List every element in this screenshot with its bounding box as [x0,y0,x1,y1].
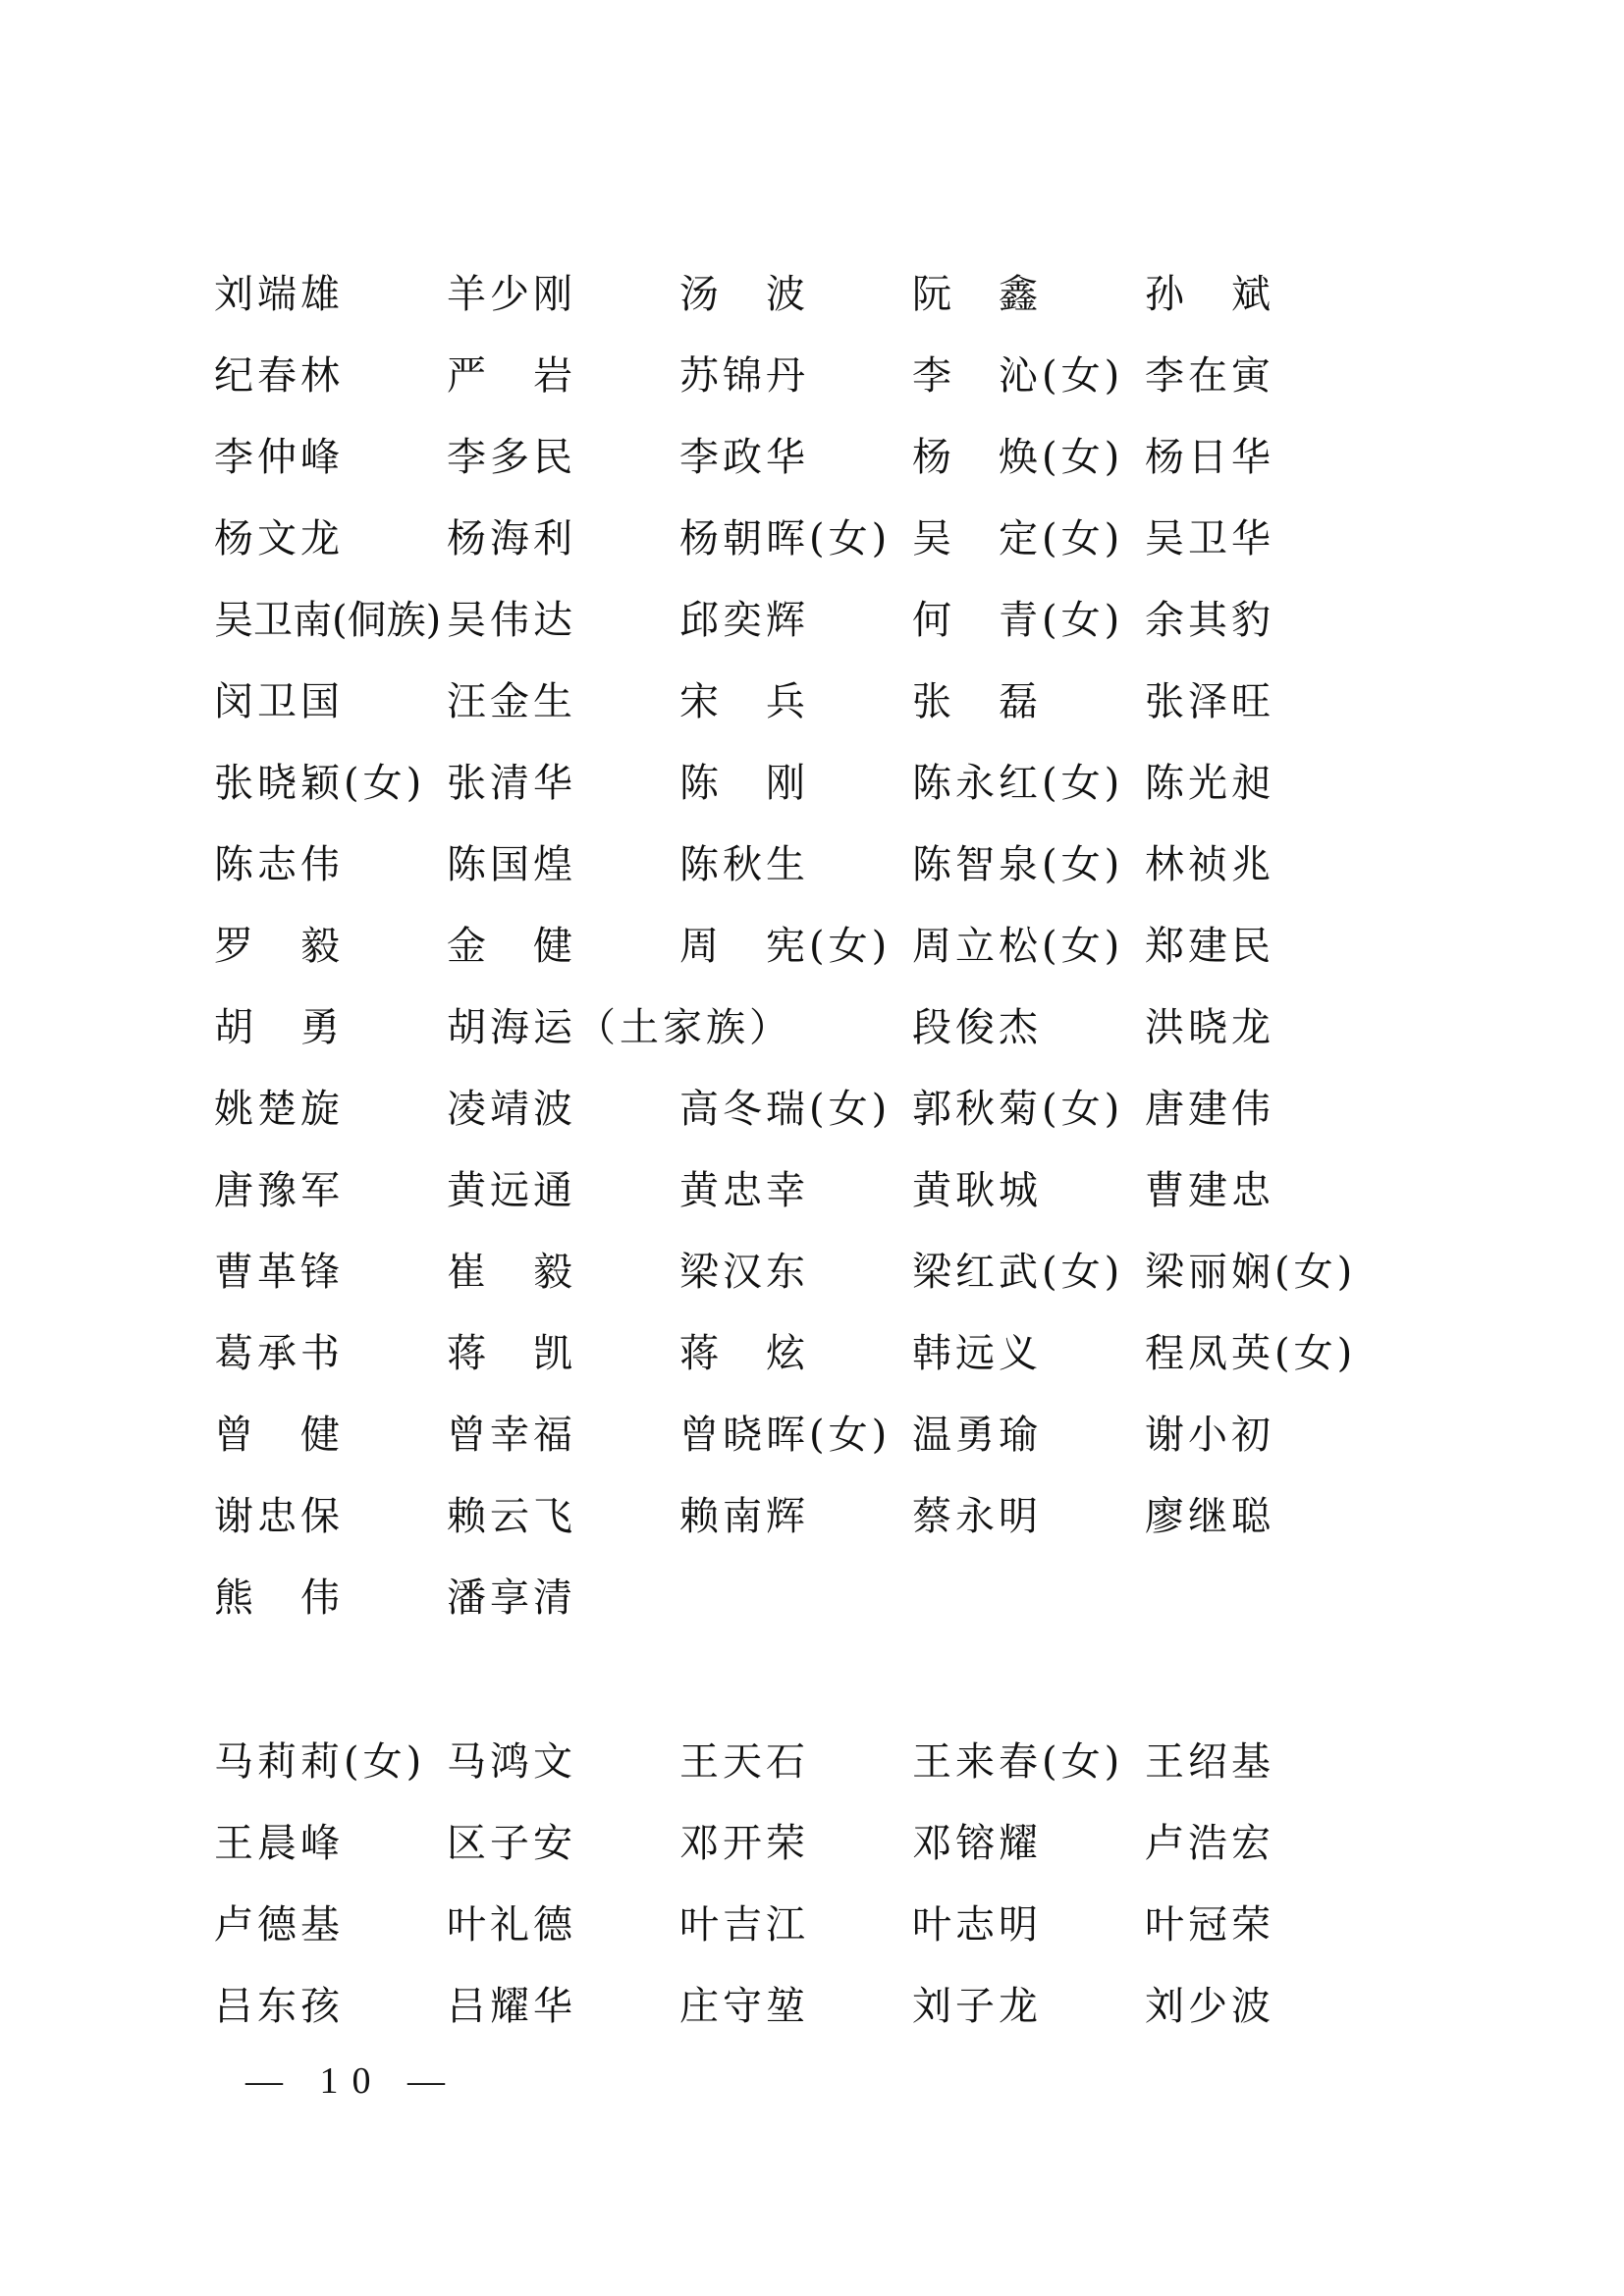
name-row: 吕东孩 吕耀华 庄守堃 刘子龙 刘少波 [214,1977,1490,2036]
name-entry: 熊 伟 [214,1569,344,1628]
name-entry: 马莉莉(女) [214,1733,425,1791]
name-entry: 阮 鑫 [912,265,1042,324]
name-entry: 陈光昶 [1145,754,1274,813]
name-entry: 刘少波 [1145,1977,1274,2036]
name-entry: 汪金生 [447,672,576,731]
name-entry: 卢德基 [214,1896,344,1954]
name-entry: 陈永红(女) [912,754,1123,813]
name-row: 刘端雄 羊少刚 汤 波 阮 鑫 孙 斌 [214,265,1490,324]
name-entry: 胡 勇 [214,998,344,1057]
name-entry: 张 磊 [912,672,1042,731]
name-entry: 杨 焕(女) [912,428,1123,487]
name-entry: 张清华 [447,754,576,813]
name-row: 马莉莉(女) 马鸿文 王天石 王来春(女) 王绍基 [214,1733,1490,1791]
name-entry: 杨海利 [447,509,576,568]
name-entry: 林祯兆 [1145,835,1274,894]
name-entry: 刘端雄 [214,265,344,324]
name-entry: 杨朝晖(女) [679,509,891,568]
name-entry: 纪春林 [214,347,344,405]
name-entry: 蔡永明 [912,1487,1042,1546]
name-entry: 汤 波 [679,265,809,324]
name-row: 谢忠保 赖云飞 赖南辉 蔡永明 廖继聪 [214,1487,1490,1546]
name-entry: 陈志伟 [214,835,344,894]
name-row: 罗 毅 金 健 周 宪(女) 周立松(女) 郑建民 [214,917,1490,976]
name-entry: 李政华 [679,428,809,487]
name-entry: 陈 刚 [679,754,809,813]
name-row: 杨文龙 杨海利 杨朝晖(女) 吴 定(女) 吴卫华 [214,509,1490,568]
name-entry: 郭秋菊(女) [912,1080,1123,1139]
name-entry: 卢浩宏 [1145,1814,1274,1873]
name-row: 熊 伟 潘享清 [214,1569,1490,1628]
name-entry: 孙 斌 [1145,265,1274,324]
name-entry: 陈秋生 [679,835,809,894]
name-row: 胡 勇 胡海运（土家族） 段俊杰 洪晓龙 [214,998,1490,1057]
name-entry: 王天石 [679,1733,809,1791]
name-row: 曾 健 曾幸福 曾晓晖(女) 温勇瑜 谢小初 [214,1406,1490,1465]
name-entry: 王来春(女) [912,1733,1123,1791]
name-entry: 杨文龙 [214,509,344,568]
name-entry: 黄远通 [447,1161,576,1220]
name-entry: 郑建民 [1145,917,1274,976]
name-entry: 凌靖波 [447,1080,576,1139]
name-row: 李仲峰 李多民 李政华 杨 焕(女) 杨日华 [214,428,1490,487]
name-entry: 梁红武(女) [912,1243,1123,1302]
name-entry: 王绍基 [1145,1733,1274,1791]
name-entry: 洪晓龙 [1145,998,1274,1057]
name-row: 曹革锋 崔 毅 梁汉东 梁红武(女) 梁丽娴(女) [214,1243,1490,1302]
name-row: 唐豫军 黄远通 黄忠幸 黄耿城 曹建忠 [214,1161,1490,1220]
name-entry: 余其豹 [1145,591,1274,650]
name-entry: 高冬瑞(女) [679,1080,891,1139]
name-entry: 温勇瑜 [912,1406,1042,1465]
name-row: 王晨峰 区子安 邓开荣 邓镕耀 卢浩宏 [214,1814,1490,1873]
name-entry: 崔 毅 [447,1243,576,1302]
name-entry: 赖南辉 [679,1487,809,1546]
name-entry: 羊少刚 [447,265,576,324]
name-entry: 宋 兵 [679,672,809,731]
name-entry: 曾晓晖(女) [679,1406,891,1465]
name-row: 姚楚旋 凌靖波 高冬瑞(女) 郭秋菊(女) 唐建伟 [214,1080,1490,1139]
name-row: 陈志伟 陈国煌 陈秋生 陈智泉(女) 林祯兆 [214,835,1490,894]
name-entry: 李在寅 [1145,347,1274,405]
name-entry: 韩远义 [912,1324,1042,1383]
name-entry: 王晨峰 [214,1814,344,1873]
name-entry: 马鸿文 [447,1733,576,1791]
name-entry: 陈国煌 [447,835,576,894]
name-entry: 潘享清 [447,1569,576,1628]
name-row: 葛承书 蒋 凯 蒋 炫 韩远义 程凤英(女) [214,1324,1490,1383]
name-entry: 苏锦丹 [679,347,809,405]
name-entry: 罗 毅 [214,917,344,976]
name-entry: 梁汉东 [679,1243,809,1302]
name-entry: 曾 健 [214,1406,344,1465]
name-entry: 周 宪(女) [679,917,891,976]
name-entry: 李仲峰 [214,428,344,487]
name-entry: 刘子龙 [912,1977,1042,2036]
name-entry: 吕东孩 [214,1977,344,2036]
name-entry: 吴伟达 [447,591,576,650]
name-entry: 何 青(女) [912,591,1123,650]
name-entry: 胡海运（土家族） [447,998,792,1057]
name-entry: 梁丽娴(女) [1145,1243,1356,1302]
name-row: 张晓颖(女) 张清华 陈 刚 陈永红(女) 陈光昶 [214,754,1490,813]
name-entry: 张晓颖(女) [214,754,425,813]
name-entry: 区子安 [447,1814,576,1873]
name-entry: 庄守堃 [679,1977,809,2036]
name-entry: 严 岩 [447,347,576,405]
name-entry: 杨日华 [1145,428,1274,487]
name-entry: 唐豫军 [214,1161,344,1220]
name-row: 卢德基 叶礼德 叶吉江 叶志明 叶冠荣 [214,1896,1490,1954]
name-entry: 李 沁(女) [912,347,1123,405]
name-entry: 吴 定(女) [912,509,1123,568]
name-entry: 蒋 炫 [679,1324,809,1383]
name-row: 吴卫南(侗族) 吴伟达 邱奕辉 何 青(女) 余其豹 [214,591,1490,650]
name-entry: 叶冠荣 [1145,1896,1274,1954]
name-entry: 周立松(女) [912,917,1123,976]
name-entry: 谢小初 [1145,1406,1274,1465]
name-row: 闵卫国 汪金生 宋 兵 张 磊 张泽旺 [214,672,1490,731]
page-number: — 10 — [245,2056,459,2106]
name-entry: 段俊杰 [912,998,1042,1057]
name-entry: 李多民 [447,428,576,487]
name-entry: 张泽旺 [1145,672,1274,731]
name-entry: 金 健 [447,917,576,976]
name-entry: 唐建伟 [1145,1080,1274,1139]
document-page: 刘端雄 羊少刚 汤 波 阮 鑫 孙 斌 纪春林 严 岩 苏锦丹 李 沁(女) 李… [0,0,1624,2296]
name-entry: 曾幸福 [447,1406,576,1465]
name-entry: 叶礼德 [447,1896,576,1954]
name-entry: 吴卫华 [1145,509,1274,568]
name-entry: 吕耀华 [447,1977,576,2036]
name-entry: 谢忠保 [214,1487,344,1546]
name-entry: 吴卫南(侗族) [214,591,441,650]
name-entry: 蒋 凯 [447,1324,576,1383]
name-entry: 邓镕耀 [912,1814,1042,1873]
name-entry: 曹建忠 [1145,1161,1274,1220]
name-entry: 葛承书 [214,1324,344,1383]
name-entry: 姚楚旋 [214,1080,344,1139]
name-entry: 程凤英(女) [1145,1324,1356,1383]
name-entry: 廖继聪 [1145,1487,1274,1546]
name-entry: 黄忠幸 [679,1161,809,1220]
name-entry: 邓开荣 [679,1814,809,1873]
name-entry: 曹革锋 [214,1243,344,1302]
name-entry: 叶吉江 [679,1896,809,1954]
name-entry: 闵卫国 [214,672,344,731]
name-entry: 黄耿城 [912,1161,1042,1220]
name-entry: 邱奕辉 [679,591,809,650]
name-row: 纪春林 严 岩 苏锦丹 李 沁(女) 李在寅 [214,347,1490,405]
name-entry: 赖云飞 [447,1487,576,1546]
name-entry: 陈智泉(女) [912,835,1123,894]
name-entry: 叶志明 [912,1896,1042,1954]
